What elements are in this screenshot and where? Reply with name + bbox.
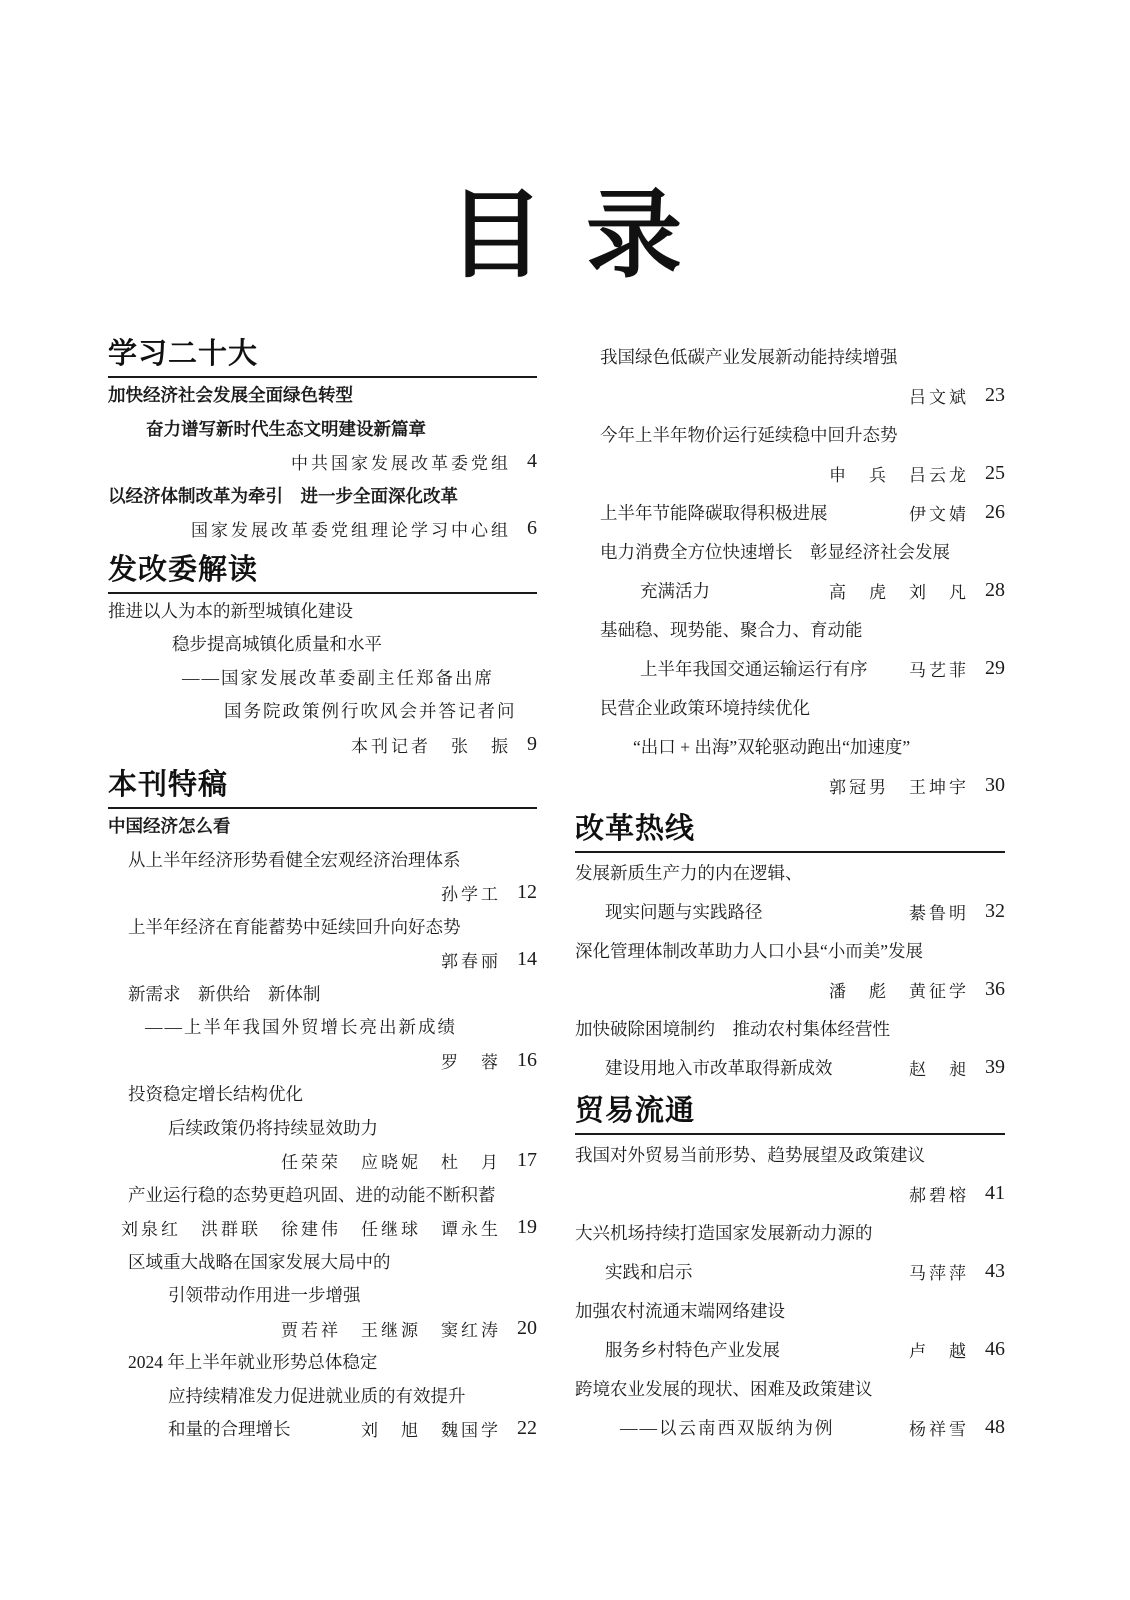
toc-row: 奋力谱写新时代生态文明建设新篇章 [108,412,537,446]
toc-author: 任荣荣 应晓妮 杜 月 [281,1148,501,1173]
toc-row: 我国绿色低碳产业发展新动能持续增强 [575,337,1005,376]
toc-row: 罗 蓉 16 [108,1044,537,1078]
toc-author: 本刊记者 张 振 [351,732,511,757]
toc-row: 基础稳、现势能、聚合力、育动能 [575,610,1005,649]
toc-entry-title: 新需求 新供给 新体制 [108,981,321,1006]
toc-page-number: 9 [527,733,537,756]
toc-entry-title: 深化管理体制改革助力人口小县“小而美”发展 [575,938,923,963]
toc-row: 申 兵 吕云龙 25 [575,454,1005,493]
toc-page-number: 39 [985,1056,1005,1079]
page-title: 目 录 [0,188,1130,284]
toc-row: 加快经济社会发展全面绿色转型 [108,378,537,412]
toc-entry-subtitle: “出口 + 出海”双轮驱动跑出“加速度” [575,734,910,759]
page-title-char-2: 录 [586,188,682,284]
toc-entry-title: 民营企业政策环境持续优化 [575,695,810,720]
toc-entry-title: 跨境农业发展的现状、困难及政策建议 [575,1376,873,1401]
toc-row: 推进以人为本的新型城镇化建设 [108,594,537,628]
toc-author: 卢 越 [909,1337,969,1362]
toc-entry-title: 今年上半年物价运行延续稳中回升态势 [575,422,898,447]
toc-row: 贾若祥 王继源 窦红涛 20 [108,1312,537,1346]
toc-row: 加强农村流通末端网络建设 [575,1291,1005,1330]
toc-row: 郭冠男 王坤宇 30 [575,766,1005,805]
toc-entry-subtitle: 引领带动作用进一步增强 [108,1282,361,1307]
toc-row: 潘 彪 黄征学 36 [575,970,1005,1009]
toc-entry-title: 推进以人为本的新型城镇化建设 [108,598,353,623]
toc-author: 贾若祥 王继源 窦红涛 [281,1316,501,1341]
toc-entry-title: 上半年经济在育能蓄势中延续回升向好态势 [108,914,461,939]
toc-entry-subtitle: 充满活力 [575,578,710,603]
toc-page-number: 46 [985,1338,1005,1361]
toc-author: 申 兵 吕云龙 [829,461,969,486]
toc-row: ——以云南西双版纳为例 杨祥雪 48 [575,1408,1005,1447]
toc-author: 郭冠男 王坤宇 [829,773,969,798]
toc-author: 郝碧榕 [909,1181,969,1206]
toc-author: 吕文斌 [909,383,969,408]
toc-entry-subtitle: 实践和启示 [575,1259,693,1284]
toc-entry-title: 产业运行稳的态势更趋巩固、进的动能不断积蓄 [108,1182,496,1207]
toc-row: 中共国家发展改革委党组 4 [108,445,537,479]
toc-row: 建设用地入市改革取得新成效 赵 昶 39 [575,1048,1005,1087]
toc-row: 引领带动作用进一步增强 [108,1278,537,1312]
toc-author: 赵 昶 [909,1055,969,1080]
toc-author: 马萍萍 [909,1259,969,1284]
toc-page-number: 29 [985,657,1005,680]
toc-entry-subtitle: 后续政策仍将持续显效助力 [108,1115,378,1140]
toc-row: 孙学工 12 [108,876,537,910]
toc-page-number: 20 [517,1317,537,1340]
toc-entry-title: 加强农村流通末端网络建设 [575,1298,785,1323]
toc-row: ——上半年我国外贸增长亮出新成绩 [108,1010,537,1044]
toc-row: 上半年节能降碳取得积极进展 伊文婧 26 [575,493,1005,532]
toc-row: 区域重大战略在国家发展大局中的 [108,1245,537,1279]
toc-entry-title: 加快破除困境制约 推动农村集体经营性 [575,1016,890,1041]
toc-entry-dash-subtitle: ——上半年我国外贸增长亮出新成绩 [108,1014,457,1039]
toc-author: 潘 彪 黄征学 [829,977,969,1002]
toc-page-number: 14 [517,948,537,971]
toc-row: 国家发展改革委党组理论学习中心组 6 [108,512,537,546]
toc-page-number: 43 [985,1260,1005,1283]
toc-row: 加快破除困境制约 推动农村集体经营性 [575,1009,1005,1048]
toc-entry-dash-subtitle: ——以云南西双版纳为例 [575,1415,835,1440]
toc-page-number: 4 [527,450,537,473]
toc-author: 高 虎 刘 凡 [829,578,969,603]
page-title-char-1: 目 [448,188,544,284]
toc-row: 深化管理体制改革助力人口小县“小而美”发展 [575,931,1005,970]
toc-author: 国家发展改革委党组理论学习中心组 [191,516,511,541]
section-heading-gaige-rexian: 改革热线 [575,805,1005,853]
toc-row: 任荣荣 应晓妮 杜 月 17 [108,1144,537,1178]
section-heading-maoyi-liutong: 贸易流通 [575,1087,1005,1135]
toc-entry-title: 发展新质生产力的内在逻辑、 [575,860,803,885]
toc-entry-title: 以经济体制改革为牵引 进一步全面深化改革 [108,483,458,508]
toc-row: 发展新质生产力的内在逻辑、 [575,853,1005,892]
toc-row: 从上半年经济形势看健全宏观经济治理体系 [108,843,537,877]
toc-author: 马艺菲 [909,656,969,681]
toc-page-number: 41 [985,1182,1005,1205]
toc-row: 本刊记者 张 振 9 [108,728,537,762]
toc-author: 刘 旭 魏国学 [361,1416,501,1441]
toc-entry-title: 基础稳、现势能、聚合力、育动能 [575,617,863,642]
toc-author: 罗 蓉 [441,1048,501,1073]
toc-entry-title: 电力消费全方位快速增长 彰显经济社会发展 [575,539,950,564]
toc-page-number: 23 [985,384,1005,407]
toc-author: 刘泉红 洪群联 徐建伟 任继球 谭永生 [121,1215,501,1240]
toc-row: 应持续精准发力促进就业质的有效提升 [108,1379,537,1413]
toc-row: 服务乡村特色产业发展 卢 越 46 [575,1330,1005,1369]
toc-row: 产业运行稳的态势更趋巩固、进的动能不断积蓄 [108,1178,537,1212]
toc-row: 上半年我国交通运输运行有序 马艺菲 29 [575,649,1005,688]
toc-row: 现实问题与实践路径 綦鲁明 32 [575,892,1005,931]
toc-entry-subtitle: 应持续精准发力促进就业质的有效提升 [108,1383,466,1408]
toc-row: “出口 + 出海”双轮驱动跑出“加速度” [575,727,1005,766]
toc-row: 郭春丽 14 [108,943,537,977]
toc-page-number: 30 [985,774,1005,797]
toc-page-number: 12 [517,881,537,904]
toc-row: 投资稳定增长结构优化 [108,1077,537,1111]
toc-page-number: 48 [985,1416,1005,1439]
toc-page-number: 36 [985,978,1005,1001]
toc-author: 杨祥雪 [909,1415,969,1440]
toc-row: 郝碧榕 41 [575,1174,1005,1213]
toc-row: 充满活力 高 虎 刘 凡 28 [575,571,1005,610]
toc-entry-title: 投资稳定增长结构优化 [108,1081,303,1106]
toc-page-number: 17 [517,1149,537,1172]
toc-row: 我国对外贸易当前形势、趋势展望及政策建议 [575,1135,1005,1174]
toc-entry-dash-subtitle: ——国家发展改革委副主任郑备出席 [108,665,494,690]
toc-right-column: 我国绿色低碳产业发展新动能持续增强 吕文斌 23 今年上半年物价运行延续稳中回升… [575,337,1005,1447]
toc-entry-title: 从上半年经济形势看健全宏观经济治理体系 [108,847,461,872]
toc-row: 新需求 新供给 新体制 [108,977,537,1011]
toc-row: 国务院政策例行吹风会并答记者问 [108,694,537,728]
toc-left-column: 学习二十大 加快经济社会发展全面绿色转型 奋力谱写新时代生态文明建设新篇章 中共… [108,330,537,1446]
toc-page-number: 28 [985,579,1005,602]
toc-entry-subtitle: 服务乡村特色产业发展 [575,1337,780,1362]
toc-row: 稳步提高城镇化质量和水平 [108,627,537,661]
toc-row: 吕文斌 23 [575,376,1005,415]
toc-row: 2024 年上半年就业形势总体稳定 [108,1345,537,1379]
toc-entry-subtitle: 奋力谱写新时代生态文明建设新篇章 [108,416,426,441]
toc-author: 孙学工 [441,880,501,905]
toc-page-number: 26 [985,501,1005,524]
toc-row: 电力消费全方位快速增长 彰显经济社会发展 [575,532,1005,571]
toc-row: 上半年经济在育能蓄势中延续回升向好态势 [108,910,537,944]
toc-entry-subtitle: 上半年我国交通运输运行有序 [575,656,868,681]
toc-page-number: 32 [985,900,1005,923]
toc-entry-subtitle: 建设用地入市改革取得新成效 [575,1055,833,1080]
toc-entry-title: 加快经济社会发展全面绿色转型 [108,382,353,407]
toc-page-number: 25 [985,462,1005,485]
toc-row: 民营企业政策环境持续优化 [575,688,1005,727]
toc-page-number: 22 [517,1417,537,1440]
toc-page-number: 16 [517,1049,537,1072]
toc-author: 伊文婧 [909,500,969,525]
toc-entry-title: 区域重大战略在国家发展大局中的 [108,1249,391,1274]
toc-entry-subtitle: 稳步提高城镇化质量和水平 [108,631,382,656]
toc-author: 郭春丽 [441,947,501,972]
toc-author: 綦鲁明 [909,899,969,924]
toc-row: 今年上半年物价运行延续稳中回升态势 [575,415,1005,454]
toc-author: 中共国家发展改革委党组 [291,449,511,474]
toc-page-number: 6 [527,517,537,540]
toc-row: 以经济体制改革为牵引 进一步全面深化改革 [108,479,537,513]
toc-row: 刘泉红 洪群联 徐建伟 任继球 谭永生 19 [108,1211,537,1245]
section-heading-xuexi-ershida: 学习二十大 [108,330,537,378]
toc-page-number: 19 [517,1216,537,1239]
toc-entry-title: 上半年节能降碳取得积极进展 [575,500,828,525]
toc-group-title: 中国经济怎么看 [108,813,231,838]
toc-row: 实践和启示 马萍萍 43 [575,1252,1005,1291]
toc-row: 跨境农业发展的现状、困难及政策建议 [575,1369,1005,1408]
toc-row: ——国家发展改革委副主任郑备出席 [108,661,537,695]
section-heading-fagaiwei-jiedu: 发改委解读 [108,546,537,594]
toc-entry-title: 大兴机场持续打造国家发展新动力源的 [575,1220,873,1245]
toc-row: 后续政策仍将持续显效助力 [108,1111,537,1145]
toc-entry-dash-subtitle: 国务院政策例行吹风会并答记者问 [108,698,517,723]
toc-row: 大兴机场持续打造国家发展新动力源的 [575,1213,1005,1252]
toc-entry-title: 我国对外贸易当前形势、趋势展望及政策建议 [575,1142,925,1167]
toc-row: 和量的合理增长 刘 旭 魏国学 22 [108,1412,537,1446]
toc-entry-subtitle: 现实问题与实践路径 [575,899,763,924]
section-heading-benkan-tegao: 本刊特稿 [108,761,537,809]
toc-entry-title: 我国绿色低碳产业发展新动能持续增强 [575,344,898,369]
toc-entry-subtitle: 和量的合理增长 [108,1416,291,1441]
toc-row: 中国经济怎么看 [108,809,537,843]
toc-entry-title: 2024 年上半年就业形势总体稳定 [108,1349,377,1374]
